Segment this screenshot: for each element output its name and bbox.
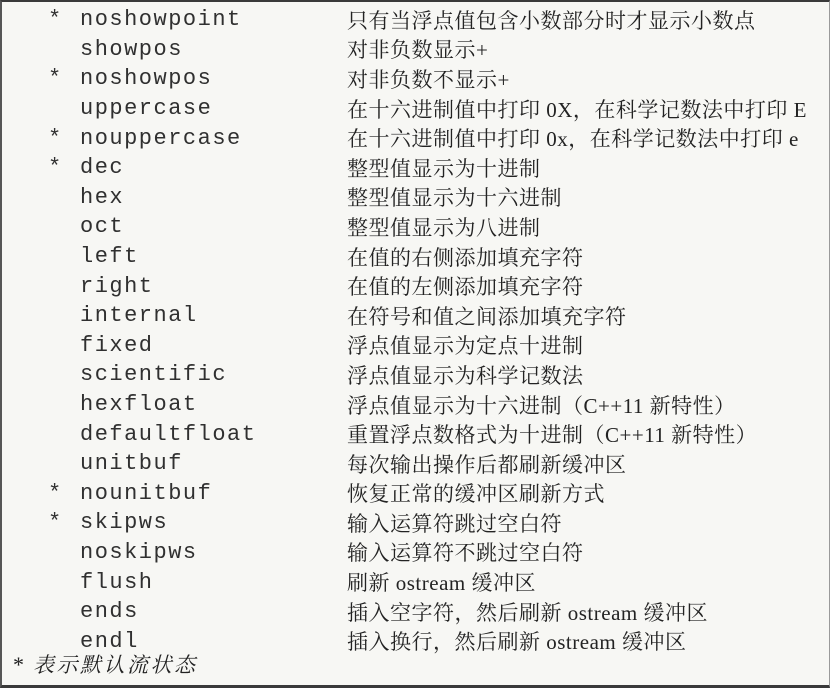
table-row: * noshowpos 对非负数不显示+ xyxy=(2,64,829,94)
manipulator-name: noshowpoint xyxy=(80,7,347,32)
manipulator-description: 浮点值显示为定点十进制 xyxy=(347,330,829,360)
table-row: * dec 整型值显示为十进制 xyxy=(2,153,829,183)
manipulator-description: 整型值显示为十进制 xyxy=(347,153,829,183)
table-row: defaultfloat 重置浮点数格式为十进制（C++11 新特性） xyxy=(2,419,829,449)
table-row: scientific 浮点值显示为科学记数法 xyxy=(2,360,829,390)
manipulator-description: 插入换行，然后刷新 ostream 缓冲区 xyxy=(347,626,829,656)
manipulator-name: internal xyxy=(80,303,347,328)
manipulator-description: 在十六进制值中打印 0x，在科学记数法中打印 e xyxy=(347,123,829,153)
manipulator-description: 重置浮点数格式为十进制（C++11 新特性） xyxy=(347,419,829,449)
table-row: fixed 浮点值显示为定点十进制 xyxy=(2,331,829,361)
manipulator-name: uppercase xyxy=(80,96,347,121)
table-row: * noshowpoint 只有当浮点值包含小数部分时才显示小数点 xyxy=(2,5,829,35)
manipulator-description: 每次输出操作后都刷新缓冲区 xyxy=(347,449,829,479)
manipulator-name: scientific xyxy=(80,362,347,387)
table-row: noskipws 输入运算符不跳过空白符 xyxy=(2,538,829,568)
manipulator-name: noskipws xyxy=(80,540,347,565)
table-row: internal 在符号和值之间添加填充字符 xyxy=(2,301,829,331)
default-flag: * xyxy=(48,66,80,91)
manipulator-name: nouppercase xyxy=(80,126,347,151)
manipulator-name: flush xyxy=(80,570,347,595)
manipulator-name: showpos xyxy=(80,37,347,62)
default-flag: * xyxy=(48,126,80,151)
default-flag: * xyxy=(48,155,80,180)
table-row: hexfloat 浮点值显示为十六进制（C++11 新特性） xyxy=(2,390,829,420)
manipulator-description: 整型值显示为八进制 xyxy=(347,212,829,242)
footnote-asterisk: * xyxy=(13,652,24,678)
table-row: ends 插入空字符，然后刷新 ostream 缓冲区 xyxy=(2,597,829,627)
manipulator-description: 在值的左侧添加填充字符 xyxy=(347,271,829,301)
table-row: showpos 对非负数显示+ xyxy=(2,35,829,65)
manipulator-description: 在符号和值之间添加填充字符 xyxy=(347,301,829,331)
manipulator-name: unitbuf xyxy=(80,451,347,476)
table-row: * nounitbuf 恢复正常的缓冲区刷新方式 xyxy=(2,479,829,509)
table-row: oct 整型值显示为八进制 xyxy=(2,212,829,242)
manipulator-description: 对非负数显示+ xyxy=(347,34,829,64)
manipulator-description: 对非负数不显示+ xyxy=(347,64,829,94)
default-flag: * xyxy=(48,7,80,32)
manipulator-name: noshowpos xyxy=(80,66,347,91)
manipulator-description: 只有当浮点值包含小数部分时才显示小数点 xyxy=(347,5,829,35)
manipulator-name: nounitbuf xyxy=(80,481,347,506)
table-row: unitbuf 每次输出操作后都刷新缓冲区 xyxy=(2,449,829,479)
manipulator-description: 刷新 ostream 缓冲区 xyxy=(347,567,829,597)
manipulator-description: 输入运算符跳过空白符 xyxy=(347,508,829,538)
table-row: * nouppercase 在十六进制值中打印 0x，在科学记数法中打印 e xyxy=(2,123,829,153)
manipulator-name: left xyxy=(80,244,347,269)
table-row: uppercase 在十六进制值中打印 0X，在科学记数法中打印 E xyxy=(2,94,829,124)
footnote-text: 表示默认流状态 xyxy=(33,649,198,679)
table-row: left 在值的右侧添加填充字符 xyxy=(2,242,829,272)
manipulator-description: 整型值显示为十六进制 xyxy=(347,182,829,212)
table-row: * skipws 输入运算符跳过空白符 xyxy=(2,508,829,538)
table-footnote: * 表示默认流状态 xyxy=(13,649,198,679)
scanned-manipulator-table-page: * noshowpoint 只有当浮点值包含小数部分时才显示小数点 showpo… xyxy=(0,0,830,688)
table-row: flush 刷新 ostream 缓冲区 xyxy=(2,567,829,597)
manipulator-description: 在值的右侧添加填充字符 xyxy=(347,242,829,272)
manipulator-name: ends xyxy=(80,599,347,624)
default-flag: * xyxy=(48,510,80,535)
table-row: right 在值的左侧添加填充字符 xyxy=(2,271,829,301)
manipulator-name: hex xyxy=(80,185,347,210)
manipulator-description: 浮点值显示为十六进制（C++11 新特性） xyxy=(347,390,829,420)
manipulator-name: fixed xyxy=(80,333,347,358)
manipulator-table: * noshowpoint 只有当浮点值包含小数部分时才显示小数点 showpo… xyxy=(2,2,829,656)
manipulator-name: right xyxy=(80,274,347,299)
manipulator-name: skipws xyxy=(80,510,347,535)
manipulator-name: hexfloat xyxy=(80,392,347,417)
manipulator-description: 浮点值显示为科学记数法 xyxy=(347,360,829,390)
manipulator-name: oct xyxy=(80,214,347,239)
manipulator-name: dec xyxy=(80,155,347,180)
default-flag: * xyxy=(48,481,80,506)
manipulator-description: 恢复正常的缓冲区刷新方式 xyxy=(347,478,829,508)
manipulator-description: 输入运算符不跳过空白符 xyxy=(347,537,829,567)
table-row: hex 整型值显示为十六进制 xyxy=(2,183,829,213)
manipulator-description: 在十六进制值中打印 0X，在科学记数法中打印 E xyxy=(347,94,829,124)
manipulator-description: 插入空字符，然后刷新 ostream 缓冲区 xyxy=(347,597,829,627)
manipulator-name: defaultfloat xyxy=(80,422,347,447)
